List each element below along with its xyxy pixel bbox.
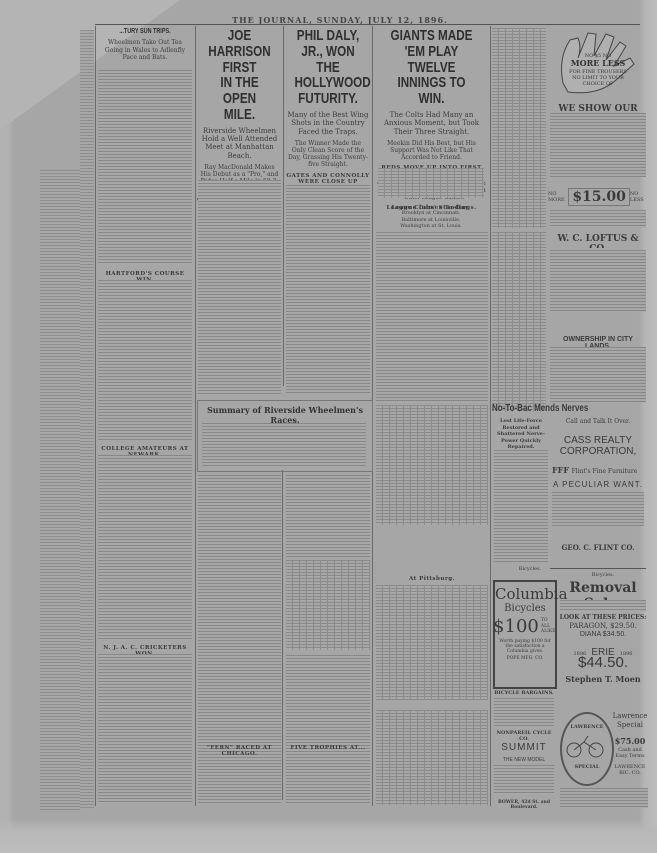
removal-price: $44.50. xyxy=(558,654,648,671)
cyclist-icon xyxy=(562,730,608,760)
price-row: $100 TO ALLALIKE. xyxy=(495,616,555,637)
box-score xyxy=(492,232,546,412)
article-body xyxy=(286,185,370,395)
bargains-title: BICYCLE BARGAINS. xyxy=(493,690,555,696)
bargains-model: SUMMIT xyxy=(493,742,555,753)
box-score xyxy=(376,405,488,525)
price: $15.00 xyxy=(568,188,630,206)
ad-body xyxy=(494,698,554,728)
box-score xyxy=(492,28,546,228)
article-body xyxy=(98,70,192,265)
deck: The Colts Had Many an Anxious Moment, bu… xyxy=(376,111,487,136)
newspaper-page: THE JOURNAL, SUNDAY, JULY 12, 1896. ...T… xyxy=(0,0,657,853)
column-1-text xyxy=(40,170,80,810)
column-divider xyxy=(95,26,96,806)
section-heading: FIVE TROPHIES AT... xyxy=(286,745,370,751)
notobac-deck: Lost Life-Force Restored and Shattered N… xyxy=(494,418,548,451)
headline-line-1: JOE HARRISON FIRST xyxy=(206,28,272,75)
notobac-title: No-To-Bac Mends Nerves xyxy=(492,403,596,414)
deck: Wheelmen Take Out Tea Going in Wales to … xyxy=(99,39,191,61)
page-bottom-edge xyxy=(0,819,657,853)
ad-body xyxy=(560,788,648,808)
box-score xyxy=(376,585,488,700)
standings-table xyxy=(378,168,484,198)
furniture-company: GEO. C. FLINT CO. xyxy=(550,543,646,552)
subdeck: Meekin Did His Best, but His Support Was… xyxy=(376,140,487,162)
article-body xyxy=(198,180,281,395)
tagline: Worth paying $100 for the satisfaction a… xyxy=(497,639,553,654)
bargains-sub: THE NEW MODEL xyxy=(493,757,555,763)
section-heading: At Pittsburg. xyxy=(376,576,488,582)
lawrence-badge: LAWRENCE SPECIAL xyxy=(560,712,614,786)
glove-text: NO $5 NO MORE LESS FOR FINE TROUSERS NO … xyxy=(568,53,628,87)
ad-columbia: Columbia Bicycles $100 TO ALLALIKE. Wort… xyxy=(493,580,557,689)
article-body xyxy=(98,654,192,804)
bargains-company: NONPAREIL CYCLE CO. xyxy=(493,730,555,742)
ad-body xyxy=(552,492,644,526)
headline-line-2: TWELVE INNINGS TO WIN. xyxy=(387,60,477,107)
furniture-brand: FFF Flint's Fine Furniture xyxy=(552,465,646,475)
article-body xyxy=(98,280,192,440)
column-1-fragment xyxy=(80,30,94,810)
ad-body xyxy=(494,765,554,795)
ad-body xyxy=(550,347,646,403)
top-rule xyxy=(95,24,640,25)
column-divider xyxy=(282,470,283,800)
brand: Columbia xyxy=(495,585,555,603)
summary-title: Summary of Riverside Wheelmen's Races. xyxy=(198,405,372,425)
ad-removal-sale: Removal Sale. LOOK AT THESE PRICES: PARA… xyxy=(558,580,648,685)
headline-line-1: PHIL DALY, JR., WON THE xyxy=(294,28,361,75)
article-body xyxy=(286,475,370,557)
column-divider xyxy=(195,26,196,806)
ad-body xyxy=(550,250,646,312)
deck: Many of the Best Wing Shots in the Count… xyxy=(287,111,369,136)
article-body xyxy=(376,232,488,402)
lawrence-text: Lawrence Special $75.00 Cash and Easy Te… xyxy=(612,712,648,777)
company-name: W. C. LOFTUS & CO. xyxy=(548,234,648,248)
headline-line-1: GIANTS MADE 'EM PLAY xyxy=(387,28,477,60)
ad-body xyxy=(494,450,548,562)
headline-line-2: IN THE OPEN MILE. xyxy=(206,75,272,122)
column-divider xyxy=(283,26,284,386)
schedule-list: Brooklyn at Cincinnati. Baltimore at Lou… xyxy=(378,210,484,230)
seller: Stephen T. Moen xyxy=(558,674,648,684)
price-row: NO MORE $15.00 NO LESS xyxy=(548,188,648,206)
box-score xyxy=(376,710,488,805)
section-heading: "FERN" RACED AT CHICAGO. xyxy=(198,745,281,757)
results-table xyxy=(286,560,370,650)
product: Bicycles xyxy=(495,603,555,614)
section-heading: GATES AND CONNOLLY WERE CLOSE UP xyxy=(285,173,371,185)
bargains-footer: BOWER, 42d St. and Boulevard. xyxy=(493,800,555,810)
section-label: Bicycles. xyxy=(560,572,646,578)
headline-line-2: HOLLYWOOD FUTURITY. xyxy=(294,75,361,107)
realty-cta: Call and Talk It Over. xyxy=(550,418,646,425)
article-body xyxy=(98,455,192,640)
subdeck: The Winner Made the Only Clean Score of … xyxy=(287,140,369,169)
furniture-title: A PECULIAR WANT. xyxy=(550,480,646,489)
article-body xyxy=(286,655,370,805)
ad-we-show-our-hand: NO $5 NO MORE LESS FOR FINE TROUSERS NO … xyxy=(548,28,648,248)
section-label: Bicycles. xyxy=(500,566,560,572)
deck: Riverside Wheelmen Hold a Well Attended … xyxy=(199,127,280,161)
column-divider xyxy=(490,26,491,806)
maker: POPE MFG. CO. xyxy=(495,656,555,661)
realty-company: CASS REALTY CORPORATION, xyxy=(550,436,646,457)
headline: ...TURY SUN TRIPS. xyxy=(108,28,183,35)
summary-box: Summary of Riverside Wheelmen's Races. O… xyxy=(197,400,373,472)
